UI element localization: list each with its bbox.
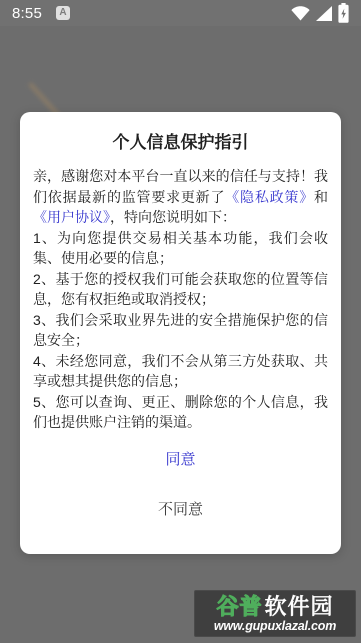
status-time: 8:55 xyxy=(12,5,42,22)
privacy-item: 2、基于您的授权我们可能会获取您的位置等信息，您有权拒绝或取消授权； xyxy=(33,269,328,310)
status-bar: 8:55 A xyxy=(0,0,361,26)
privacy-dialog: 个人信息保护指引 亲，感谢您对本平台一直以来的信任与支持！我们依据最新的监管要求… xyxy=(20,112,341,554)
watermark-logo-green: 谷普 xyxy=(216,594,262,619)
privacy-item: 4、未经您同意，我们不会从第三方处获取、共享或想其提供您的信息； xyxy=(33,351,328,392)
dialog-body: 亲，感谢您对本平台一直以来的信任与支持！我们依据最新的监管要求更新了《隐私政策》… xyxy=(33,166,328,433)
status-icons xyxy=(291,3,349,23)
watermark-url: www.gupuxlazal.com xyxy=(194,619,356,633)
privacy-intro: 亲，感谢您对本平台一直以来的信任与支持！我们依据最新的监管要求更新了《隐私政策》… xyxy=(33,168,328,225)
intro-text: ，特向您说明如下： xyxy=(110,209,236,225)
screen: 8:55 A 个人信息保护指 xyxy=(0,0,361,643)
watermark-logo: 谷普软件园 xyxy=(194,594,356,619)
notification-badge-icon: A xyxy=(56,6,70,20)
disagree-button[interactable]: 不同意 xyxy=(33,500,328,520)
privacy-item: 1、为向您提供交易相关基本功能，我们会收集、使用必要的信息； xyxy=(33,228,328,269)
site-watermark: 谷普软件园 www.gupuxlazal.com xyxy=(194,590,356,637)
privacy-item: 3、我们会采取业界先进的安全措施保护您的信息安全； xyxy=(33,310,328,351)
privacy-items: 1、为向您提供交易相关基本功能，我们会收集、使用必要的信息；2、基于您的授权我们… xyxy=(33,228,328,433)
policy-link[interactable]: 《隐私政策》 xyxy=(225,189,314,205)
privacy-item: 5、您可以查询、更正、删除您的个人信息，我们也提供账户注销的渠道。 xyxy=(33,392,328,433)
dialog-title: 个人信息保护指引 xyxy=(33,133,328,153)
agree-button[interactable]: 同意 xyxy=(33,450,328,470)
battery-charging-icon xyxy=(338,3,349,23)
wifi-icon xyxy=(291,6,310,21)
cellular-signal-icon xyxy=(316,6,332,21)
watermark-logo-white: 软件园 xyxy=(265,594,334,619)
policy-link[interactable]: 《用户协议》 xyxy=(33,209,110,225)
intro-text: 和 xyxy=(314,189,328,205)
